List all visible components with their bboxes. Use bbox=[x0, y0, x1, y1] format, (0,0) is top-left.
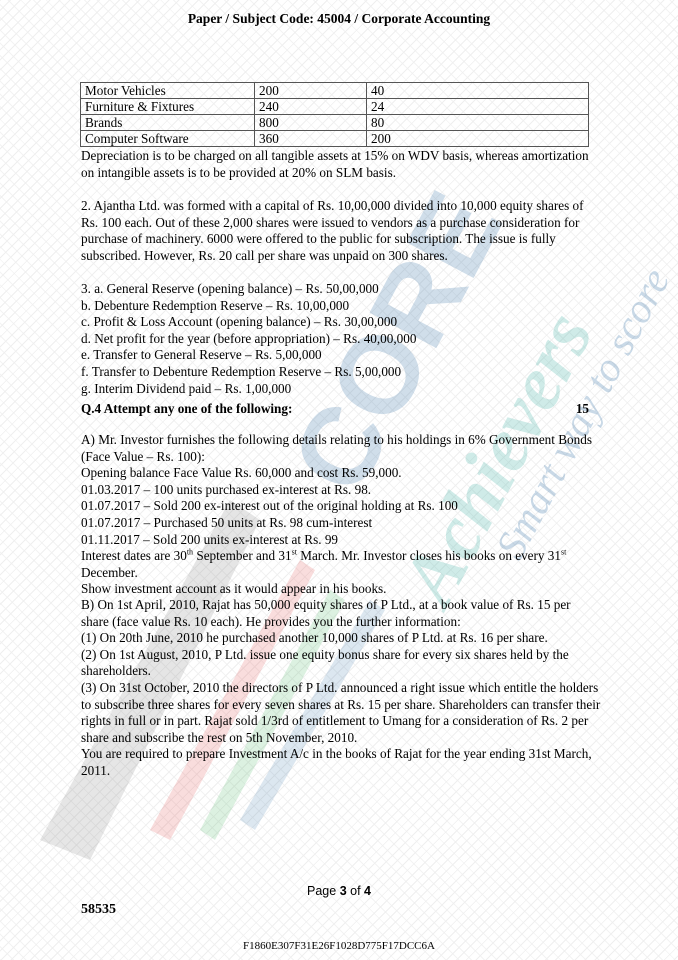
part-b-line: (2) On 1st August, 2010, P Ltd. issue on… bbox=[81, 647, 601, 680]
superscript: st bbox=[561, 548, 566, 557]
page-of: of bbox=[347, 884, 364, 898]
part-b-line: (3) On 31st October, 2010 the directors … bbox=[81, 680, 601, 746]
question-4-part-a: A) Mr. Investor furnishes the following … bbox=[81, 432, 601, 598]
exam-code: 58535 bbox=[81, 902, 116, 918]
item-3-line: d. Net profit for the year (before appro… bbox=[81, 331, 601, 348]
item-3-list: 3. a. General Reserve (opening balance) … bbox=[81, 281, 601, 397]
item-3-line: b. Debenture Redemption Reserve – Rs. 10… bbox=[81, 298, 601, 315]
question-4-marks: 15 bbox=[576, 401, 589, 417]
table-cell: 24 bbox=[367, 99, 589, 115]
item-3-line: f. Transfer to Debenture Redemption Rese… bbox=[81, 364, 601, 381]
page-header-title: Paper / Subject Code: 45004 / Corporate … bbox=[0, 11, 678, 27]
table-cell: 80 bbox=[367, 115, 589, 131]
page-number: Page 3 of 4 bbox=[0, 884, 678, 898]
table-row: Brands80080 bbox=[81, 115, 589, 131]
part-a-line: Opening balance Face Value Rs. 60,000 an… bbox=[81, 465, 601, 482]
part-a-instruction: Show investment account as it would appe… bbox=[81, 581, 601, 598]
part-b-line: (1) On 20th June, 2010 he purchased anot… bbox=[81, 630, 601, 647]
asset-table: Motor Vehicles20040Furniture & Fixtures2… bbox=[80, 82, 589, 147]
table-row: Furniture & Fixtures24024 bbox=[81, 99, 589, 115]
page-total: 4 bbox=[364, 884, 371, 898]
table-row: Computer Software360200 bbox=[81, 131, 589, 147]
part-b-line: You are required to prepare Investment A… bbox=[81, 746, 601, 779]
item-3-line: g. Interim Dividend paid – Rs. 1,00,000 bbox=[81, 381, 601, 398]
depreciation-note-text: Depreciation is to be charged on all tan… bbox=[81, 148, 601, 181]
question-4-heading: Q.4 Attempt any one of the following: 15 bbox=[81, 401, 589, 417]
page-word: Page bbox=[307, 884, 340, 898]
question-4-title: Q.4 Attempt any one of the following: bbox=[81, 401, 292, 417]
table-cell: 200 bbox=[255, 83, 367, 99]
part-a-line: 01.03.2017 – 100 units purchased ex-inte… bbox=[81, 482, 601, 499]
item-2-text: 2. Ajantha Ltd. was formed with a capita… bbox=[81, 198, 601, 264]
part-a-line: 01.07.2017 – Sold 200 ex-interest out of… bbox=[81, 498, 601, 515]
table-cell: 40 bbox=[367, 83, 589, 99]
table-cell: Brands bbox=[81, 115, 255, 131]
question-4-part-b: B) On 1st April, 2010, Rajat has 50,000 … bbox=[81, 597, 601, 780]
depreciation-note: Depreciation is to be charged on all tan… bbox=[81, 148, 601, 181]
table-cell: 200 bbox=[367, 131, 589, 147]
footer-hash: F1860E307F31E26F1028D775F17DCC6A bbox=[0, 940, 678, 952]
text-run: September and 31 bbox=[193, 548, 292, 563]
table-cell: Computer Software bbox=[81, 131, 255, 147]
table-cell: 240 bbox=[255, 99, 367, 115]
text-run: December. bbox=[81, 565, 138, 580]
table-row: Motor Vehicles20040 bbox=[81, 83, 589, 99]
item-2: 2. Ajantha Ltd. was formed with a capita… bbox=[81, 198, 601, 264]
part-b-intro: B) On 1st April, 2010, Rajat has 50,000 … bbox=[81, 597, 601, 630]
text-run: March. Mr. Investor closes his books on … bbox=[297, 548, 561, 563]
table-cell: 800 bbox=[255, 115, 367, 131]
table-cell: Furniture & Fixtures bbox=[81, 99, 255, 115]
part-a-line: 01.11.2017 – Sold 200 units ex-interest … bbox=[81, 532, 601, 549]
part-a-intro: A) Mr. Investor furnishes the following … bbox=[81, 432, 601, 465]
text-run: Interest dates are 30 bbox=[81, 548, 187, 563]
item-3-line: 3. a. General Reserve (opening balance) … bbox=[81, 281, 601, 298]
part-a-interest-dates: Interest dates are 30th September and 31… bbox=[81, 548, 601, 581]
table-cell: 360 bbox=[255, 131, 367, 147]
item-3-line: e. Transfer to General Reserve – Rs. 5,0… bbox=[81, 347, 601, 364]
item-3-line: c. Profit & Loss Account (opening balanc… bbox=[81, 314, 601, 331]
table-cell: Motor Vehicles bbox=[81, 83, 255, 99]
page-current: 3 bbox=[340, 884, 347, 898]
part-a-line: 01.07.2017 – Purchased 50 units at Rs. 9… bbox=[81, 515, 601, 532]
